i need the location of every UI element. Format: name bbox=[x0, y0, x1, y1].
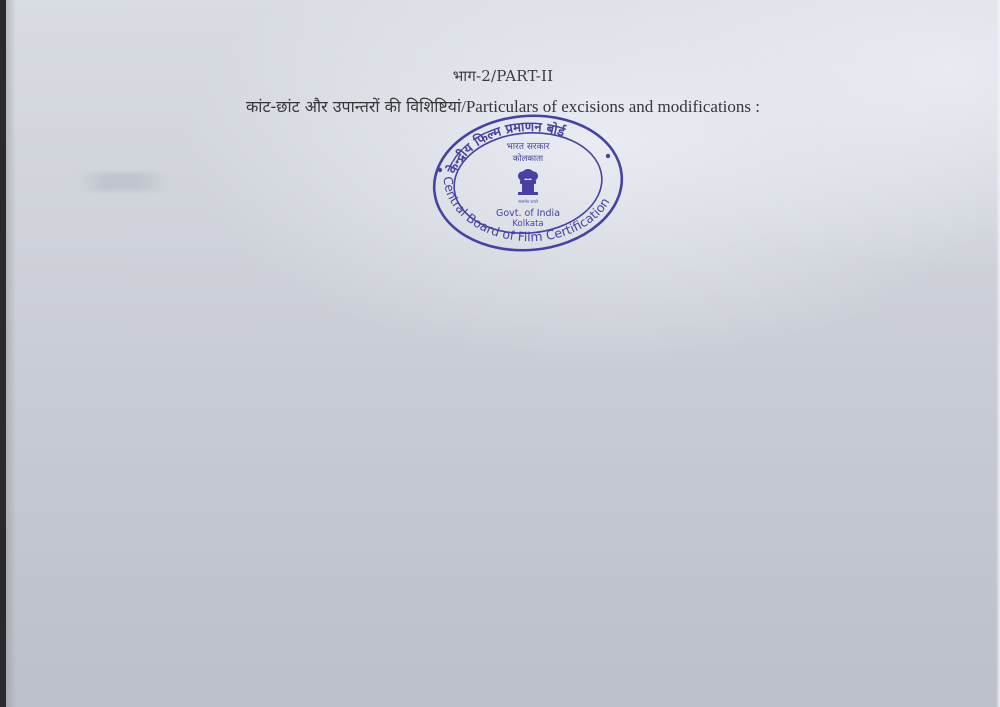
stamp-line-govt-of-india: Govt. of India bbox=[496, 208, 560, 219]
bleed-through-text bbox=[78, 173, 168, 191]
stamp-line-bharat-sarkar: भारत सरकार bbox=[506, 142, 549, 152]
stamp-line-kolkata: Kolkata bbox=[512, 219, 543, 229]
national-emblem-icon bbox=[518, 169, 538, 195]
stamp-emblem-caption: सत्यमेव जयते bbox=[518, 199, 538, 204]
document-page: भाग-2/PART-II कांट-छांट और उपान्तरों की … bbox=[6, 0, 1000, 707]
part-heading: भाग-2/PART-II bbox=[6, 66, 1000, 86]
stamp-line-kolkata-hindi: कोलकाता bbox=[513, 153, 544, 164]
cbfc-stamp: केन्द्रीय फिल्म प्रमाणन बोर्ड Central Bo… bbox=[430, 112, 626, 254]
particulars-heading-hindi: कांट-छांट और उपान्तरों की विशिष्टियां bbox=[246, 97, 461, 116]
